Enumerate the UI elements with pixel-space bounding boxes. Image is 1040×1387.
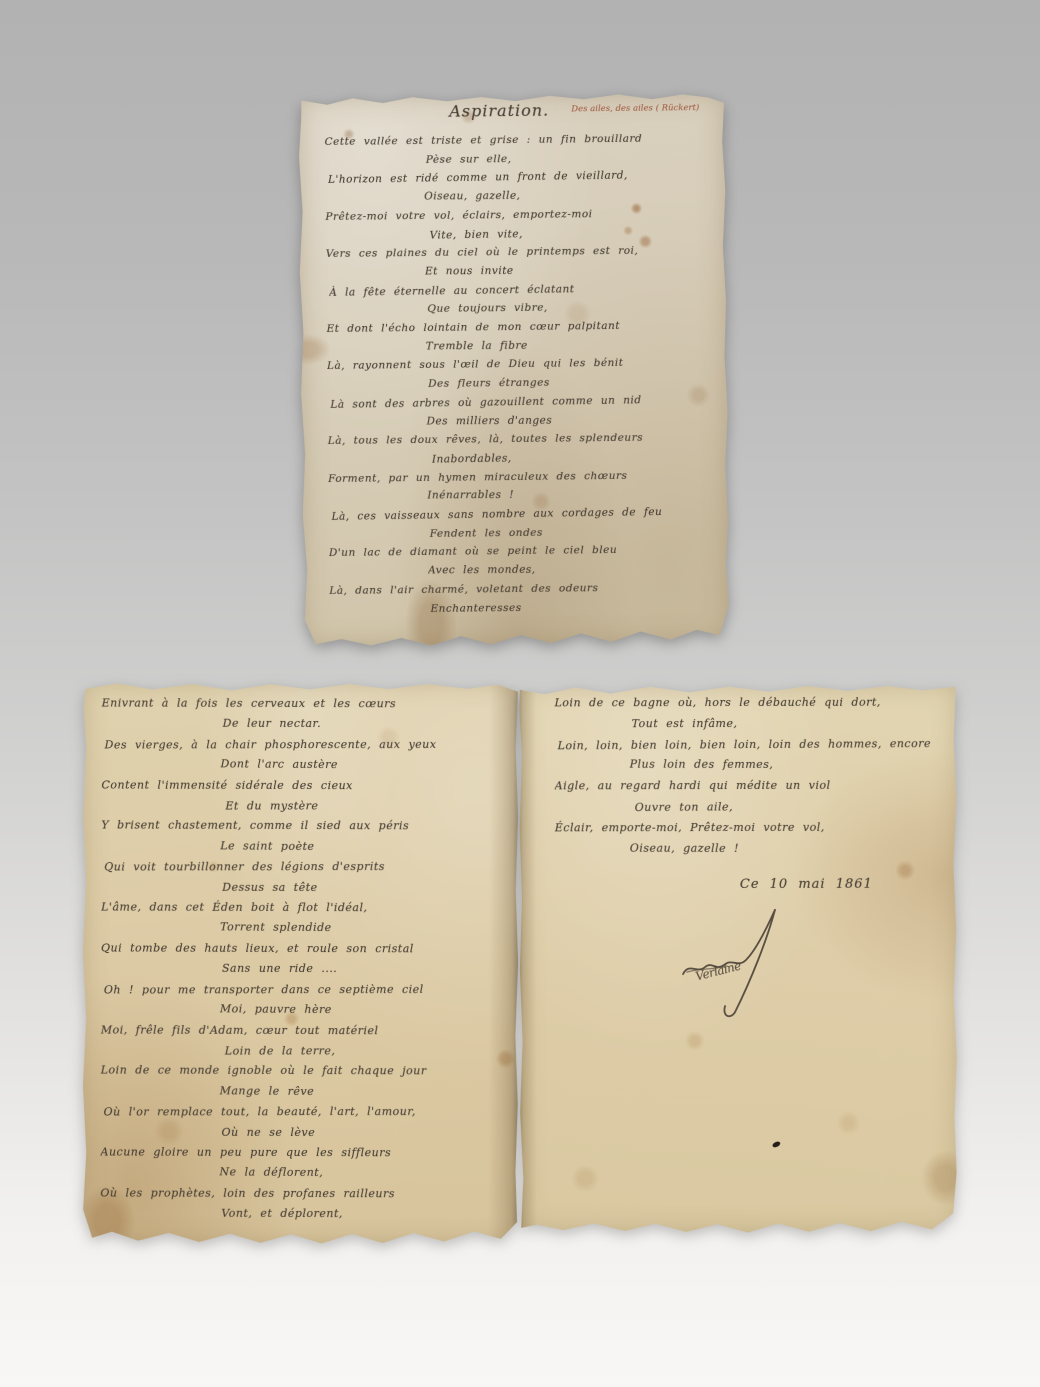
verse-line: Y brisent chastement, comme il sied aux … bbox=[101, 816, 519, 838]
aged-paper-page-1: Aspiration. Des ailes, des ailes ( Rücke… bbox=[297, 92, 731, 647]
verse-line: Dessus sa tête bbox=[222, 877, 519, 898]
verse-line: Qui voit tourbillonner des légions d'esp… bbox=[104, 857, 522, 878]
verse-line: Éclair, emporte-moi, Prêtez-moi votre vo… bbox=[555, 817, 958, 839]
signature-flourish-icon bbox=[669, 898, 819, 1023]
verse-line: Plus loin des femmes, bbox=[630, 755, 956, 776]
verse-line: Loin de ce bagne où, hors le débauché qu… bbox=[555, 693, 958, 715]
verse-line: L'âme, dans cet Éden boit à flot l'idéal… bbox=[101, 898, 519, 920]
verse-line: Loin de la terre, bbox=[225, 1041, 522, 1062]
verse-block-page-3: Loin de ce bagne où, hors le débauché qu… bbox=[519, 693, 958, 860]
verse-block-page-1: Cette vallée est triste et grise : un fi… bbox=[298, 129, 731, 620]
verse-line: Dont l'arc austère bbox=[220, 754, 517, 776]
dateline: Ce 10 mai 1861 bbox=[740, 877, 873, 892]
poem-title: Aspiration. bbox=[449, 101, 549, 121]
verse-line: Avec les mondes, bbox=[428, 559, 728, 580]
verse-line: Des vierges, à la chair phosphorescente,… bbox=[105, 734, 523, 755]
verse-line: Le saint poète bbox=[220, 836, 517, 858]
verse-line: Tout est infâme, bbox=[632, 713, 958, 734]
verse-line: Vite, bien vite, bbox=[429, 222, 729, 245]
verlaine-signature: Verlaine bbox=[669, 898, 819, 1023]
verse-line: Et du mystère bbox=[225, 796, 522, 817]
verse-block-page-2: Enivrant à la fois les cerveaux et les c… bbox=[81, 693, 519, 1225]
epigraph-annotation: Des ailes, des ailes ( Rückert) bbox=[571, 103, 699, 114]
verse-line: Ouvre ton aile, bbox=[635, 796, 961, 819]
verse-line: De leur nectar. bbox=[223, 714, 520, 735]
verse-line: Où les prophètes, loin des profanes rail… bbox=[100, 1183, 518, 1205]
verse-line: Oiseau, gazelle, bbox=[424, 185, 724, 206]
verse-line: Qui tombe des hauts lieux, et roule son … bbox=[101, 938, 519, 960]
verse-line: Loin, loin, bien loin, bien loin, loin d… bbox=[558, 733, 961, 756]
verse-line: Tremble la fibre bbox=[426, 335, 726, 356]
verse-line: Oh ! pour me transporter dans ce septièm… bbox=[104, 979, 522, 1000]
verse-line: Oiseau, gazelle ! bbox=[630, 838, 956, 859]
manuscript-bifolium-right-page: Loin de ce bagne où, hors le débauché qu… bbox=[519, 684, 959, 1234]
manuscript-bifolium-left-page: Enivrant à la fois les cerveaux et les c… bbox=[81, 680, 519, 1244]
verse-line: Où l'or remplace tout, la beauté, l'art,… bbox=[104, 1102, 522, 1123]
verse-line: Enivrant à la fois les cerveaux et les c… bbox=[102, 693, 520, 715]
verse-line: Aucune gloire un peu pure que les siffle… bbox=[100, 1142, 518, 1164]
aged-paper-page-2: Enivrant à la fois les cerveaux et les c… bbox=[81, 680, 519, 1244]
manuscript-leaf-1: Aspiration. Des ailes, des ailes ( Rücke… bbox=[297, 92, 731, 647]
photo-background: Aspiration. Des ailes, des ailes ( Rücke… bbox=[0, 0, 1040, 1387]
verse-line: Moi, frêle fils d'Adam, cœur tout matéri… bbox=[101, 1020, 519, 1042]
verse-line: Vont, et déplorent, bbox=[221, 1204, 518, 1225]
aged-paper-page-3: Loin de ce bagne où, hors le débauché qu… bbox=[519, 684, 959, 1234]
verse-line: Moi, pauvre hère bbox=[220, 999, 517, 1021]
verse-line: Loin de ce monde ignoble où le fait chaq… bbox=[101, 1061, 519, 1083]
verse-line: Torrent splendide bbox=[220, 918, 517, 940]
verse-line: Enchanteresses bbox=[430, 596, 730, 618]
verse-line: Où ne se lève bbox=[222, 1122, 519, 1143]
verse-line: Aigle, au regard hardi qui médite un vio… bbox=[555, 776, 958, 798]
verse-line: Content l'immensité sidérale des cieux bbox=[101, 775, 519, 797]
verse-line: Des milliers d'anges bbox=[426, 410, 726, 431]
ink-blot bbox=[772, 1141, 781, 1148]
verse-line: Mange le rêve bbox=[220, 1081, 517, 1103]
verse-line: Ne la déflorent, bbox=[219, 1163, 516, 1185]
verse-line: Sans une ride .... bbox=[222, 959, 519, 980]
